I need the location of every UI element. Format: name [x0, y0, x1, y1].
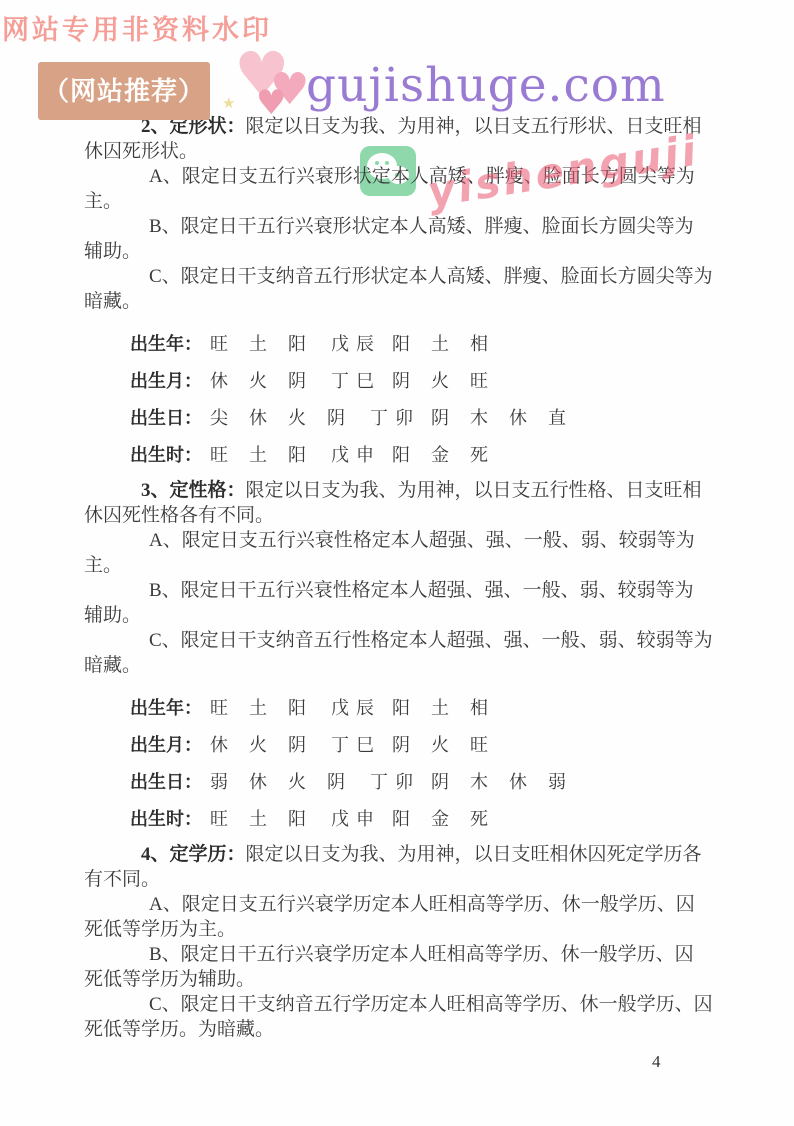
cell: 火: [249, 735, 267, 755]
cell: 金: [431, 445, 449, 465]
table-row: 出生年：旺土阳戊辰阳土相: [84, 326, 744, 363]
row-label: 出生时：: [130, 809, 202, 829]
paragraph-line: A、限定日支五行兴衰性格定本人超强、强、一般、弱、较弱等为: [84, 528, 744, 553]
cell: 休: [249, 772, 267, 792]
cell: 土: [249, 445, 267, 465]
cell: 休: [509, 772, 527, 792]
line-text: C、限定日干支纳音五行学历定本人旺相高等学历、休一般学历、囚: [149, 994, 713, 1015]
paragraph-line: 辅助。: [84, 603, 744, 628]
cell: 阳: [392, 334, 410, 354]
birth-chart-table-1: 出生年：旺土阳戊辰阳土相 出生月：休火阴丁巳阴火旺 出生日：尖休火阴丁卯阴木休直…: [84, 326, 744, 474]
cell: 阴: [392, 371, 410, 391]
pillar-cell: 戊申: [331, 445, 381, 465]
line-text: 死低等学历为主。: [84, 919, 236, 940]
table-row: 出生月：休火阴丁巳阴火旺: [84, 363, 744, 400]
table-row: 出生时：旺土阳戊申阳金死: [84, 437, 744, 474]
cell: 休: [210, 371, 228, 391]
table-row: 出生日：尖休火阴丁卯阴木休直: [84, 400, 744, 437]
cell: 阳: [392, 809, 410, 829]
paragraph-line: 3、定性格：限定以日支为我、为用神，以日支五行性格、日支旺相: [84, 478, 744, 503]
pillar-cell: 丁卯: [370, 408, 420, 428]
pillar-cell: 戊辰: [331, 334, 381, 354]
paragraph-line: 主。: [84, 189, 744, 214]
cell: 休: [210, 735, 228, 755]
line-text: 有不同。: [84, 869, 160, 890]
pillar-cell: 戊申: [331, 809, 381, 829]
cell: 相: [470, 334, 488, 354]
cell: 火: [288, 408, 306, 428]
cell: 旺: [210, 334, 228, 354]
cell: 火: [249, 371, 267, 391]
heart-icon: ♥: [256, 86, 286, 120]
site-recommend-badge: （网站推荐）: [38, 62, 210, 120]
line-text: 限定以日支为我、为用神，以日支旺相休囚死定学历各: [246, 844, 702, 865]
pillar-cell: 丁巳: [331, 371, 381, 391]
line-text: A、限定日支五行兴衰性格定本人超强、强、一般、弱、较弱等为: [149, 530, 695, 551]
row-label: 出生时：: [130, 445, 202, 465]
page-number: 4: [652, 1052, 661, 1072]
birth-chart-table-2: 出生年：旺土阳戊辰阳土相 出生月：休火阴丁巳阴火旺 出生日：弱休火阴丁卯阴木休弱…: [84, 690, 744, 838]
line-text: 辅助。: [84, 605, 141, 626]
cell: 火: [431, 371, 449, 391]
table-row: 出生月：休火阴丁巳阴火旺: [84, 727, 744, 764]
cell: 土: [249, 334, 267, 354]
paragraph-line: 死低等学历为辅助。: [84, 967, 744, 992]
line-text: A、限定日支五行兴衰学历定本人旺相高等学历、休一般学历、囚: [149, 894, 695, 915]
cell: 阳: [392, 445, 410, 465]
cell: 阴: [288, 371, 306, 391]
cell: 阳: [288, 445, 306, 465]
line-text: 辅助。: [84, 241, 141, 262]
cell: 弱: [548, 772, 566, 792]
cell: 土: [431, 698, 449, 718]
document-body: 2、定形状：限定以日支为我、为用神，以日支五行形状、日支旺相 休囚死形状。 A、…: [84, 114, 744, 1042]
row-label: 出生年：: [130, 334, 202, 354]
cell: 阴: [431, 772, 449, 792]
cell: 阳: [392, 698, 410, 718]
line-text: B、限定日干五行兴衰学历定本人旺相高等学历、休一般学历、囚: [149, 944, 694, 965]
section-heading: 3、定性格：: [141, 480, 246, 501]
line-text: 休囚死形状。: [84, 141, 198, 162]
section-define-education: 4、定学历：限定以日支为我、为用神，以日支旺相休囚死定学历各 有不同。 A、限定…: [84, 842, 744, 1042]
site-url-text: gujishuge.com: [306, 58, 666, 113]
cell: 死: [470, 809, 488, 829]
cell: 弱: [210, 772, 228, 792]
paragraph-line: A、限定日支五行兴衰学历定本人旺相高等学历、休一般学历、囚: [84, 892, 744, 917]
cell: 火: [288, 772, 306, 792]
cell: 阴: [431, 408, 449, 428]
cell: 阳: [288, 334, 306, 354]
line-text: C、限定日干支纳音五行性格定本人超强、强、一般、弱、较弱等为: [149, 630, 713, 651]
pillar-cell: 丁巳: [331, 735, 381, 755]
paragraph-line: C、限定日干支纳音五行形状定本人高矮、胖瘦、脸面长方圆尖等为: [84, 264, 744, 289]
cell: 阴: [327, 408, 345, 428]
line-text: B、限定日干五行兴衰形状定本人高矮、胖瘦、脸面长方圆尖等为: [149, 216, 694, 237]
cell: 阴: [392, 735, 410, 755]
table-row: 出生日：弱休火阴丁卯阴木休弱: [84, 764, 744, 801]
cell: 休: [509, 408, 527, 428]
document-page: 网站专用非资料水印 （网站推荐） ♥ ♥ ♥ ★ gujishuge.com y…: [0, 0, 794, 1126]
paragraph-line: B、限定日干五行兴衰性格定本人超强、强、一般、弱、较弱等为: [84, 578, 744, 603]
paragraph-line: 休囚死性格各有不同。: [84, 503, 744, 528]
cell: 火: [431, 735, 449, 755]
paragraph-line: 死低等学历。为暗藏。: [84, 1017, 744, 1042]
cell: 旺: [470, 371, 488, 391]
cell: 旺: [210, 698, 228, 718]
cell: 死: [470, 445, 488, 465]
cell: 木: [470, 408, 488, 428]
row-label: 出生月：: [130, 371, 202, 391]
section-heading: 4、定学历：: [141, 844, 246, 865]
line-text: C、限定日干支纳音五行形状定本人高矮、胖瘦、脸面长方圆尖等为: [149, 266, 713, 287]
cell: 旺: [470, 735, 488, 755]
paragraph-line: B、限定日干五行兴衰学历定本人旺相高等学历、休一般学历、囚: [84, 942, 744, 967]
line-text: 暗藏。: [84, 655, 141, 676]
cell: 土: [249, 698, 267, 718]
row-label: 出生月：: [130, 735, 202, 755]
line-text: 死低等学历为辅助。: [84, 969, 255, 990]
line-text: 主。: [84, 191, 122, 212]
cell: 阴: [327, 772, 345, 792]
paragraph-line: 主。: [84, 553, 744, 578]
paragraph-line: C、限定日干支纳音五行性格定本人超强、强、一般、弱、较弱等为: [84, 628, 744, 653]
line-text: B、限定日干五行兴衰性格定本人超强、强、一般、弱、较弱等为: [149, 580, 694, 601]
sparkle-icon: ★: [222, 94, 235, 112]
cell: 相: [470, 698, 488, 718]
cell: 阳: [288, 809, 306, 829]
pillar-cell: 丁卯: [370, 772, 420, 792]
cell: 旺: [210, 445, 228, 465]
cell: 尖: [210, 408, 228, 428]
line-text: 死低等学历。为暗藏。: [84, 1019, 274, 1040]
line-text: 限定以日支为我、为用神，以日支五行性格、日支旺相: [246, 480, 702, 501]
cell: 土: [249, 809, 267, 829]
cell: 金: [431, 809, 449, 829]
table-row: 出生年：旺土阳戊辰阳土相: [84, 690, 744, 727]
paragraph-line: 辅助。: [84, 239, 744, 264]
row-label: 出生日：: [130, 408, 202, 428]
line-text: 暗藏。: [84, 291, 141, 312]
paragraph-line: C、限定日干支纳音五行学历定本人旺相高等学历、休一般学历、囚: [84, 992, 744, 1017]
row-label: 出生年：: [130, 698, 202, 718]
cell: 旺: [210, 809, 228, 829]
cell: 土: [431, 334, 449, 354]
line-text: 主。: [84, 555, 122, 576]
paragraph-line: 暗藏。: [84, 653, 744, 678]
cell: 木: [470, 772, 488, 792]
section-define-personality: 3、定性格：限定以日支为我、为用神，以日支五行性格、日支旺相 休囚死性格各有不同…: [84, 478, 744, 678]
line-text: 休囚死性格各有不同。: [84, 505, 274, 526]
pillar-cell: 戊辰: [331, 698, 381, 718]
paragraph-line: B、限定日干五行兴衰形状定本人高矮、胖瘦、脸面长方圆尖等为: [84, 214, 744, 239]
paragraph-line: 暗藏。: [84, 289, 744, 314]
cell: 休: [249, 408, 267, 428]
cell: 阴: [288, 735, 306, 755]
table-row: 出生时：旺土阳戊申阳金死: [84, 801, 744, 838]
paragraph-line: 4、定学历：限定以日支为我、为用神，以日支旺相休囚死定学历各: [84, 842, 744, 867]
paragraph-line: 有不同。: [84, 867, 744, 892]
row-label: 出生日：: [130, 772, 202, 792]
paragraph-line: 死低等学历为主。: [84, 917, 744, 942]
cell: 阳: [288, 698, 306, 718]
cell: 直: [548, 408, 566, 428]
